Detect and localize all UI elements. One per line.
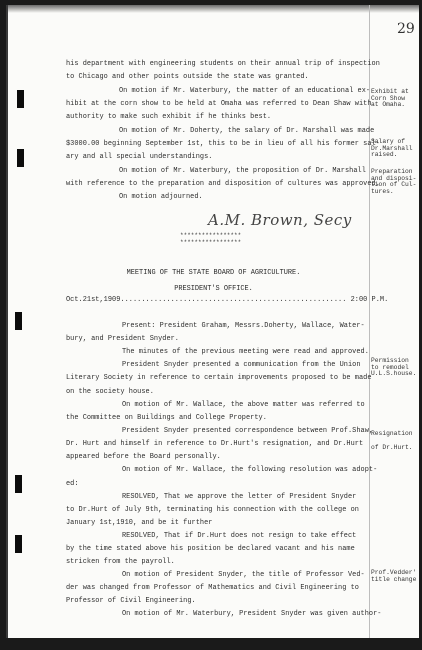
- text-line: On motion if Mr. Waterbury, the matter o…: [119, 87, 370, 95]
- text-line: President Snyder presented correspondenc…: [122, 427, 373, 435]
- binder-tab-marker: [15, 475, 22, 493]
- text-line: On motion adjourned.: [119, 193, 203, 201]
- secretary-signature: A.M. Brown, Secy: [208, 211, 352, 229]
- text-line: RESOLVED, That if Dr.Hurt does not resig…: [122, 532, 356, 540]
- text-line: Professor of Civil Engineering.: [66, 597, 196, 605]
- margin-note: of Dr.Hurt.: [371, 445, 413, 452]
- meeting-subtitle: PRESIDENT'S OFFICE.: [8, 285, 419, 293]
- text-line: $3000.00 beginning September 1st, this t…: [66, 140, 380, 148]
- binder-tab-marker: [15, 535, 22, 553]
- text-line: by the time stated above his position be…: [66, 545, 355, 553]
- separator-line: *****************: [180, 232, 241, 239]
- margin-note: Resignation: [371, 431, 413, 438]
- text-line: appeared before the Board personally.: [66, 453, 221, 461]
- text-line: On motion of President Snyder, the title…: [122, 571, 365, 579]
- text-line: On motion of Mr. Wallace, the above matt…: [122, 401, 365, 409]
- margin-note: Permission to remodel U.L.S.house.: [371, 358, 416, 378]
- text-line: stricken from the payroll.: [66, 558, 175, 566]
- text-line: January 1st,1910, and be it further: [66, 519, 212, 527]
- text-line: RESOLVED, That we approve the letter of …: [122, 493, 356, 501]
- text-line: On motion of Mr. Waterbury, the proposit…: [119, 167, 366, 175]
- margin-note: Prof.Vedder' title change: [371, 570, 416, 583]
- text-line: to Dr.Hurt of July 9th, terminating his …: [66, 506, 359, 514]
- margin-note: Exhibit at Corn Show at Omaha.: [371, 89, 409, 109]
- text-line: the Committee on Buildings and College P…: [66, 414, 267, 422]
- text-line: der was changed from Professor of Mathem…: [66, 584, 359, 592]
- text-line: On motion of Mr. Waterbury, President Sn…: [122, 610, 381, 618]
- text-line: ary and all special understandings.: [66, 153, 212, 161]
- text-line: to Chicago and other points outside the …: [66, 73, 309, 81]
- text-line: Oct.21st,1909...........................…: [66, 296, 388, 304]
- text-line: with reference to the preparation and di…: [66, 180, 380, 188]
- text-line: ed:: [66, 480, 79, 488]
- margin-note: Salary of Dr.Marshall raised.: [371, 139, 413, 159]
- text-line: President Snyder presented a communicati…: [122, 361, 361, 369]
- text-line: bury, and President Snyder.: [66, 335, 179, 343]
- text-line: authority to make such exhibit if he thi…: [66, 113, 271, 121]
- text-line: hibit at the corn show to be held at Oma…: [66, 100, 372, 108]
- meeting-title: MEETING OF THE STATE BOARD OF AGRICULTUR…: [8, 269, 419, 277]
- separator-line: *****************: [180, 239, 241, 246]
- text-line: his department with engineering students…: [66, 60, 380, 68]
- text-line: On motion of Mr. Wallace, the following …: [122, 466, 377, 474]
- page-number: 29: [397, 21, 415, 37]
- text-line: Dr. Hurt and himself in reference to Dr.…: [66, 440, 363, 448]
- binder-tab-marker: [17, 149, 24, 167]
- document-page: 29 his department with engineering stude…: [6, 5, 419, 638]
- text-line: On motion of Mr. Doherty, the salary of …: [119, 127, 374, 135]
- margin-note: Preparation and disposi- tion of Cul- tu…: [371, 169, 416, 195]
- text-line: Literary Society in reference to certain…: [66, 374, 372, 382]
- text-line: on the society house.: [66, 388, 154, 396]
- binder-tab-marker: [17, 90, 24, 108]
- scan-shadow: [8, 5, 419, 13]
- text-line: Present: President Graham, Messrs.Dohert…: [122, 322, 365, 330]
- text-line: The minutes of the previous meeting were…: [122, 348, 369, 356]
- binder-tab-marker: [15, 312, 22, 330]
